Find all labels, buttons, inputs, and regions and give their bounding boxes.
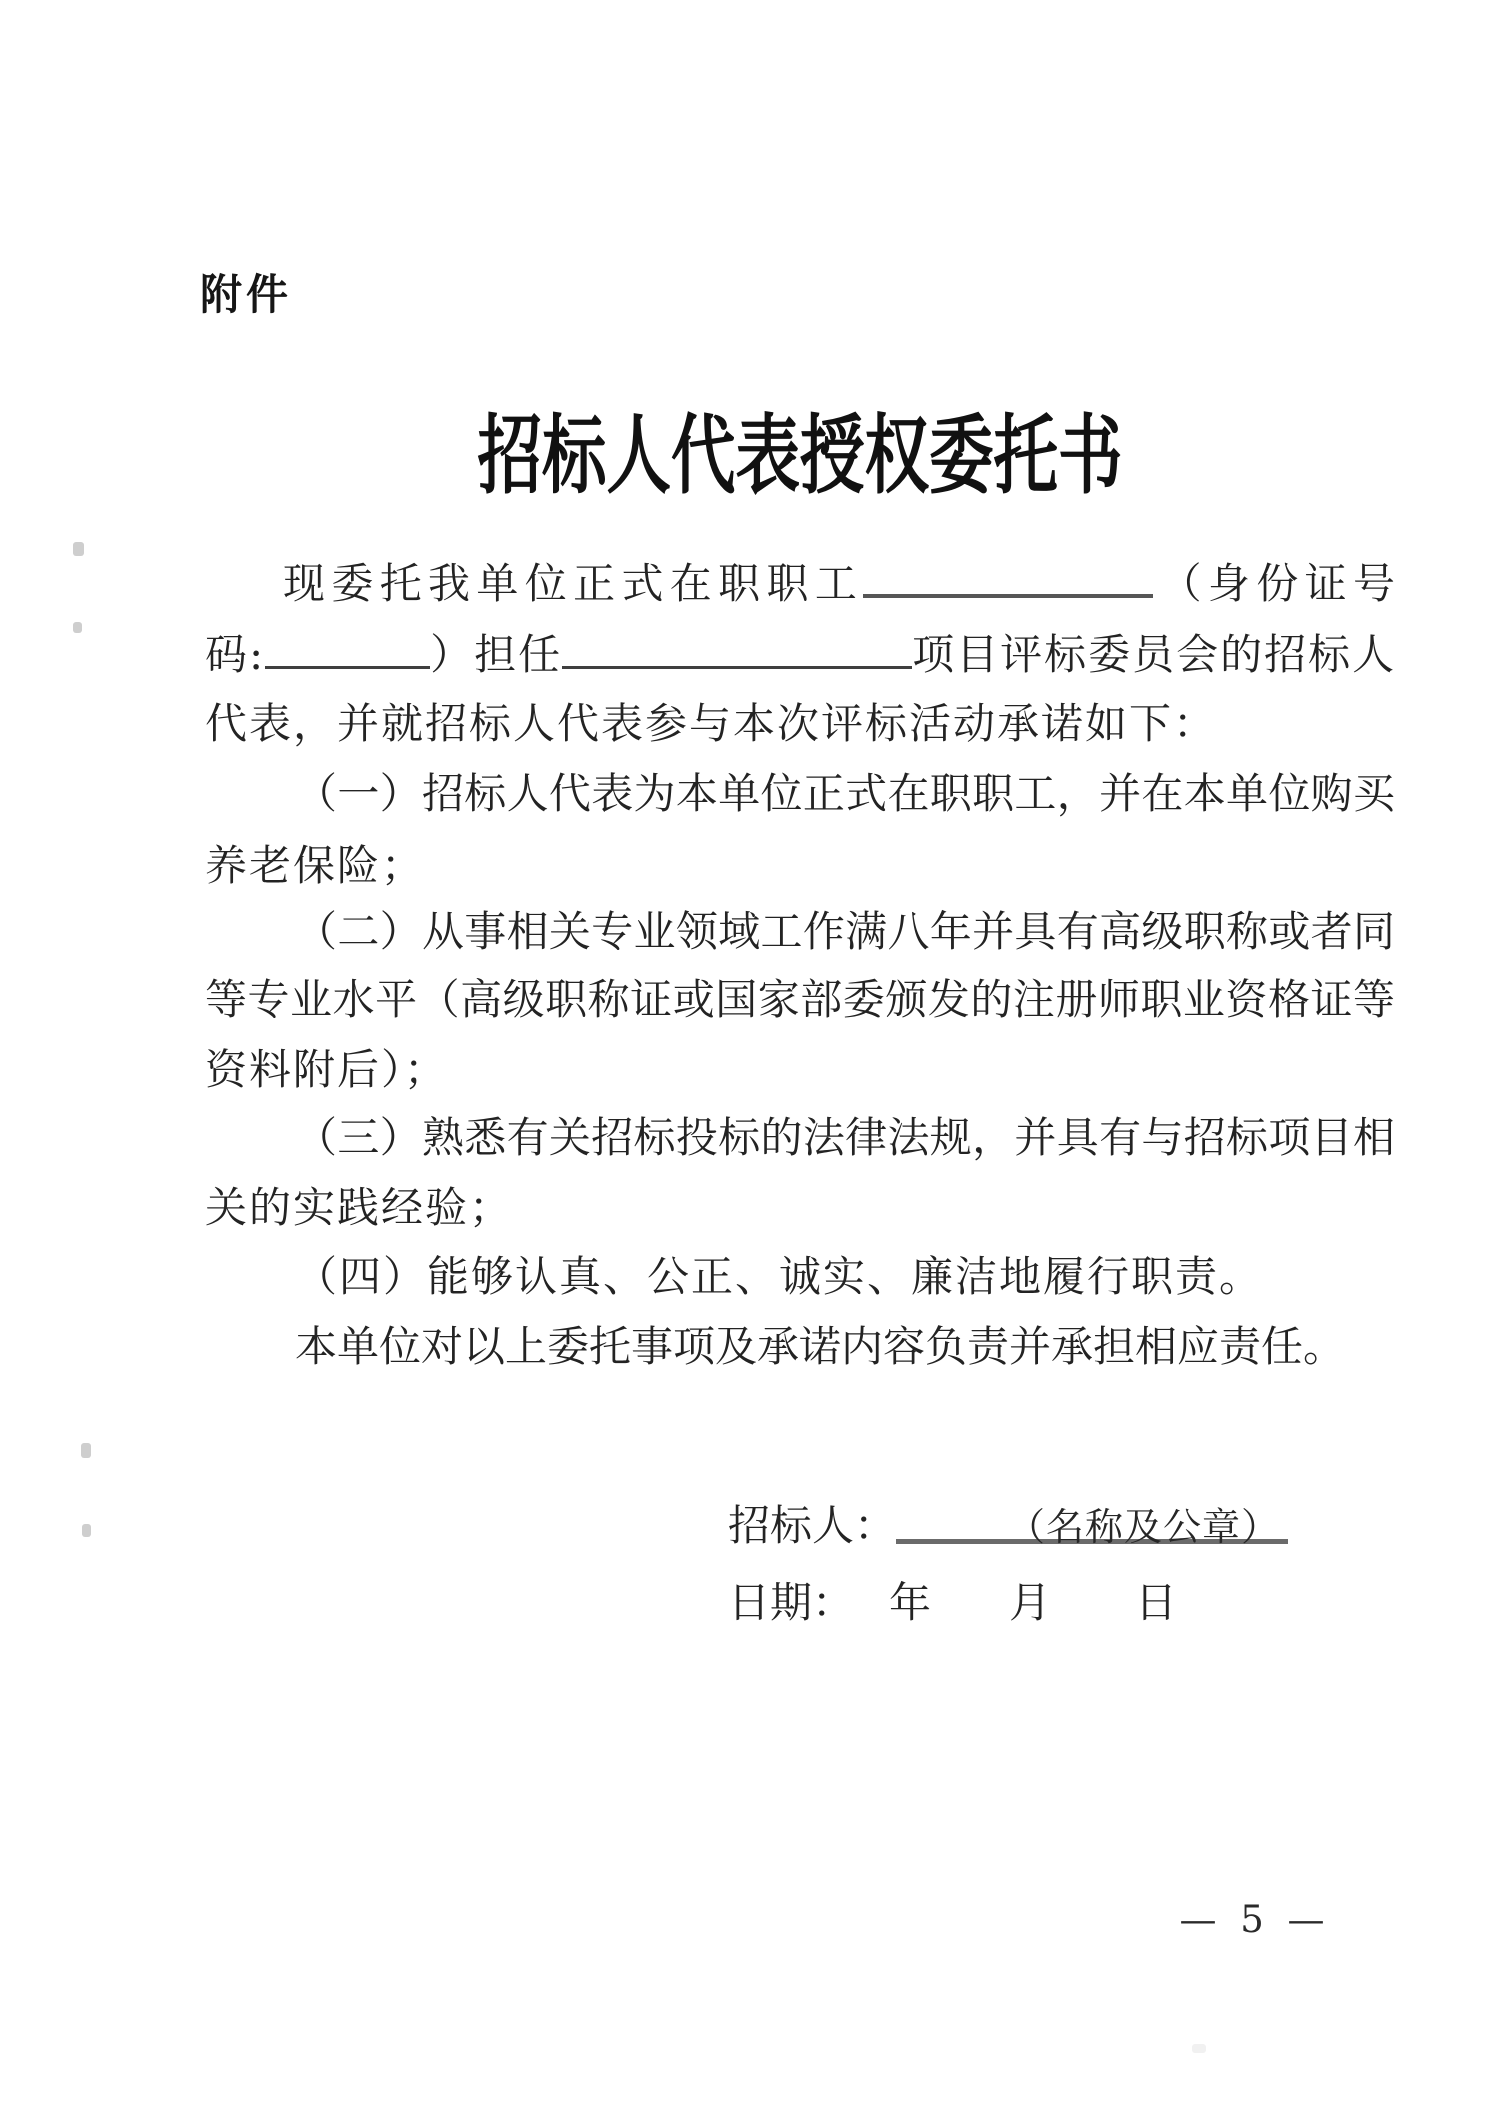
body-line-2-seg3: 项目评标委员会的招标人 bbox=[912, 630, 1396, 679]
title-container: 招标人代表授权委托书 bbox=[205, 408, 1395, 504]
scanned-document-page: 附件 招标人代表授权委托书 现委托我单位正式在职职工（身份证号 码:）担任项目评… bbox=[0, 0, 1487, 2102]
body-line-9: （三）熟悉有关招标投标的法律法规，并具有与招标项目相 bbox=[205, 1112, 1395, 1164]
body-line-1: 现委托我单位正式在职职工（身份证号 bbox=[205, 554, 1395, 606]
date-month-label: 月 bbox=[1009, 1578, 1051, 1627]
body-line-12: 本单位对以上委托事项及承诺内容负责并承担相应责任。 bbox=[205, 1321, 1395, 1373]
date-label: 日期： bbox=[728, 1578, 854, 1627]
body-line-3: 代表，并就招标人代表参与本次评标活动承诺如下： bbox=[205, 698, 1395, 750]
attachment-label: 附件 bbox=[200, 262, 292, 322]
body-line-2-seg1: 码: bbox=[205, 630, 265, 679]
bidder-label: 招标人： bbox=[728, 1501, 896, 1550]
seal-note: （名称及公章） bbox=[1007, 1505, 1280, 1549]
date-day-label: 日 bbox=[1135, 1578, 1177, 1627]
date-year-label: 年 bbox=[889, 1578, 931, 1627]
body-line-7: 等专业水平（高级职称证或国家部委颁发的注册师职业资格证等 bbox=[205, 974, 1395, 1026]
scan-speck bbox=[82, 1524, 91, 1537]
body-line-8: 资料附后）； bbox=[205, 1044, 1395, 1096]
body-line-6: （二）从事相关专业领域工作满八年并具有高级职称或者同 bbox=[205, 906, 1395, 958]
bidder-name-blank: （名称及公章） bbox=[896, 1498, 1288, 1544]
body-line-5: 养老保险； bbox=[205, 840, 1395, 892]
body-line-4: （一）招标人代表为本单位正式在职职工，并在本单位购买 bbox=[205, 768, 1395, 820]
signature-bidder-row: 招标人：（名称及公章） bbox=[728, 1498, 1288, 1554]
body-line-11: （四）能够认真、公正、诚实、廉洁地履行职责。 bbox=[205, 1251, 1395, 1303]
page-number: — 5 — bbox=[1155, 1898, 1355, 1942]
scan-speck bbox=[73, 622, 82, 633]
scan-speck bbox=[73, 542, 84, 556]
body-line-2: 码:）担任项目评标委员会的招标人 bbox=[205, 626, 1395, 678]
employee-name-blank bbox=[863, 554, 1153, 598]
body-line-2-seg2: ）担任 bbox=[430, 630, 562, 679]
body-line-1-pre: 现委托我单位正式在职职工 bbox=[283, 559, 863, 608]
body-line-1-post: （身份证号 bbox=[1153, 559, 1395, 608]
scan-speck bbox=[81, 1443, 91, 1458]
id-number-blank bbox=[265, 626, 430, 669]
scan-speck bbox=[1192, 2044, 1206, 2053]
body-line-10: 关的实践经验； bbox=[205, 1182, 1395, 1234]
project-name-blank bbox=[562, 626, 912, 669]
signature-date-row: 日期：年月日 bbox=[728, 1575, 1177, 1631]
document-title: 招标人代表授权委托书 bbox=[478, 408, 1123, 504]
